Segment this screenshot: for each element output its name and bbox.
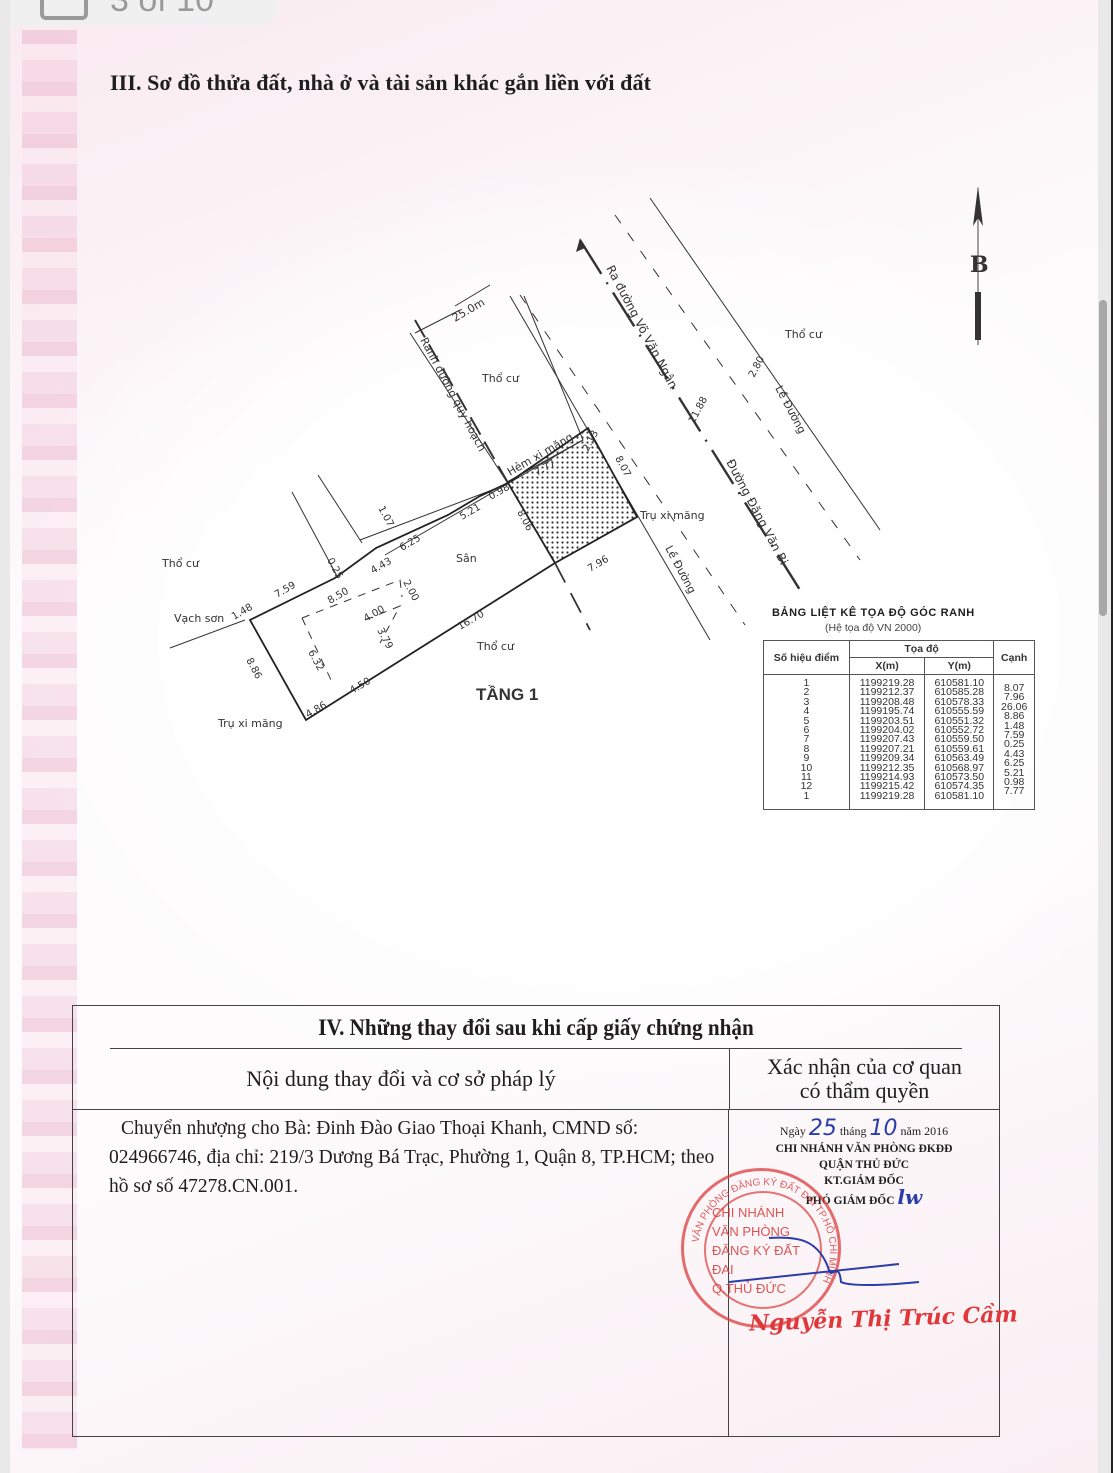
svg-text:Sân: Sân	[456, 552, 477, 565]
svg-text:4.50: 4.50	[348, 676, 373, 697]
svg-text:4.43: 4.43	[369, 556, 394, 577]
section-4-changes-table: IV. Những thay đổi sau khi cấp giấy chứn…	[72, 1005, 1000, 1437]
month-value: 10	[870, 1116, 898, 1141]
svg-text:2.80: 2.80	[747, 355, 767, 380]
svg-text:8.50: 8.50	[326, 586, 351, 607]
svg-text:8.07: 8.07	[612, 454, 632, 479]
coordinate-table-title: BẢNG LIỆT KÊ TỌA ĐỘ GÓC RANH	[772, 607, 975, 619]
coordinate-system-note: (Hệ tọa độ VN 2000)	[825, 622, 921, 634]
svg-text:TẦNG 1: TẦNG 1	[476, 685, 538, 704]
svg-text:Vạch sơn: Vạch sơn	[174, 612, 224, 625]
page-counter: 3 of 10	[10, 0, 278, 26]
svg-text:25.0m: 25.0m	[450, 296, 487, 325]
pages-icon	[40, 0, 88, 20]
svg-text:Ra đường Võ Văn Ngân: Ra đường Võ Văn Ngân	[603, 263, 680, 391]
change-content-text: Chuyển nhượng cho Bà: Đinh Đào Giao Thoạ…	[63, 1114, 718, 1201]
org-line1: CHI NHÁNH VĂN PHÒNG ĐKĐĐ	[729, 1141, 999, 1157]
confirmation-date: Ngày 25 tháng 10 năm 2016	[729, 1116, 999, 1141]
col-change-content-header: Nội dung thay đổi và cơ sở pháp lý	[73, 1049, 730, 1109]
col-confirmation-header: Xác nhận của cơ quan có thẩm quyền	[730, 1049, 999, 1109]
svg-text:2.00: 2.00	[400, 578, 420, 603]
confirmation-cell: Ngày 25 tháng 10 năm 2016 CHI NHÁNH VĂN …	[729, 1110, 999, 1436]
initials-signature-icon: lw	[897, 1185, 922, 1209]
confirmation-header-line1: Xác nhận của cơ quan	[730, 1055, 999, 1079]
svg-text:16.70: 16.70	[456, 609, 486, 633]
svg-text:Lề Đường: Lề Đường	[662, 543, 698, 596]
svg-text:0.25: 0.25	[324, 556, 344, 581]
cell-x: 1199219.28	[849, 792, 924, 810]
vertical-scrollbar[interactable]	[1099, 300, 1107, 616]
section-4-title: IV. Những thay đổi sau khi cấp giấy chứn…	[110, 1006, 962, 1049]
cell-edge	[994, 797, 1035, 815]
svg-text:4.00: 4.00	[362, 604, 387, 625]
svg-text:B: B	[970, 252, 989, 278]
day-value: 25	[809, 1116, 837, 1141]
land-plot-diagram: B 25.0m Ranh đườn	[10, 0, 1098, 1000]
year-value: 2016	[924, 1124, 948, 1138]
day-label: Ngày	[780, 1124, 806, 1138]
coordinate-table: Số hiệu điểm Tọa độ Cạnh X(m) Y(m) 11199…	[763, 640, 1035, 810]
svg-text:1.07: 1.07	[375, 504, 395, 529]
handwritten-signature-icon	[719, 1230, 959, 1310]
col-edge: Cạnh	[994, 641, 1035, 675]
svg-text:4.86: 4.86	[304, 700, 329, 721]
page-counter-text: 3 of 10	[110, 0, 214, 20]
col-y: Y(m)	[925, 658, 994, 675]
svg-text:Ranh đường quy hoạch: Ranh đường quy hoạch	[417, 335, 488, 453]
col-coord: Tọa độ	[849, 641, 993, 658]
svg-text:5.21: 5.21	[458, 502, 483, 523]
svg-text:6.32: 6.32	[305, 648, 325, 673]
svg-text:Đường Đặng Văn Bi: Đường Đặng Văn Bi	[723, 457, 791, 567]
document-page: III. Sơ đồ thửa đất, nhà ở và tài sản kh…	[10, 0, 1098, 1473]
cell-edge: 7.77	[994, 787, 1035, 796]
svg-text:0.98: 0.98	[487, 482, 512, 503]
svg-text:3.79: 3.79	[374, 626, 394, 651]
svg-text:Lề Đường: Lề Đường	[772, 383, 808, 436]
svg-text:Trụ xi măng: Trụ xi măng	[217, 717, 283, 730]
confirmation-header-line2: có thẩm quyền	[730, 1079, 999, 1103]
north-arrow-icon: B	[970, 186, 989, 345]
col-x: X(m)	[849, 658, 924, 675]
year-label: năm	[901, 1124, 922, 1138]
svg-text:7.96: 7.96	[586, 554, 611, 575]
svg-text:11.88: 11.88	[687, 395, 710, 425]
col-point: Số hiệu điểm	[764, 641, 850, 675]
svg-text:Thổ cư: Thổ cư	[476, 640, 515, 653]
svg-text:Thổ cư: Thổ cư	[481, 372, 520, 385]
month-label: tháng	[840, 1124, 867, 1138]
svg-text:Thổ cư: Thổ cư	[784, 328, 823, 341]
svg-text:Trụ xi măng: Trụ xi măng	[639, 509, 705, 522]
cell-pt: 1	[764, 792, 850, 810]
change-content: Chuyển nhượng cho Bà: Đinh Đào Giao Thoạ…	[73, 1110, 729, 1436]
cell-y: 610581.10	[925, 792, 994, 810]
svg-text:8.86: 8.86	[243, 656, 263, 681]
svg-text:Thổ cư: Thổ cư	[161, 557, 200, 570]
